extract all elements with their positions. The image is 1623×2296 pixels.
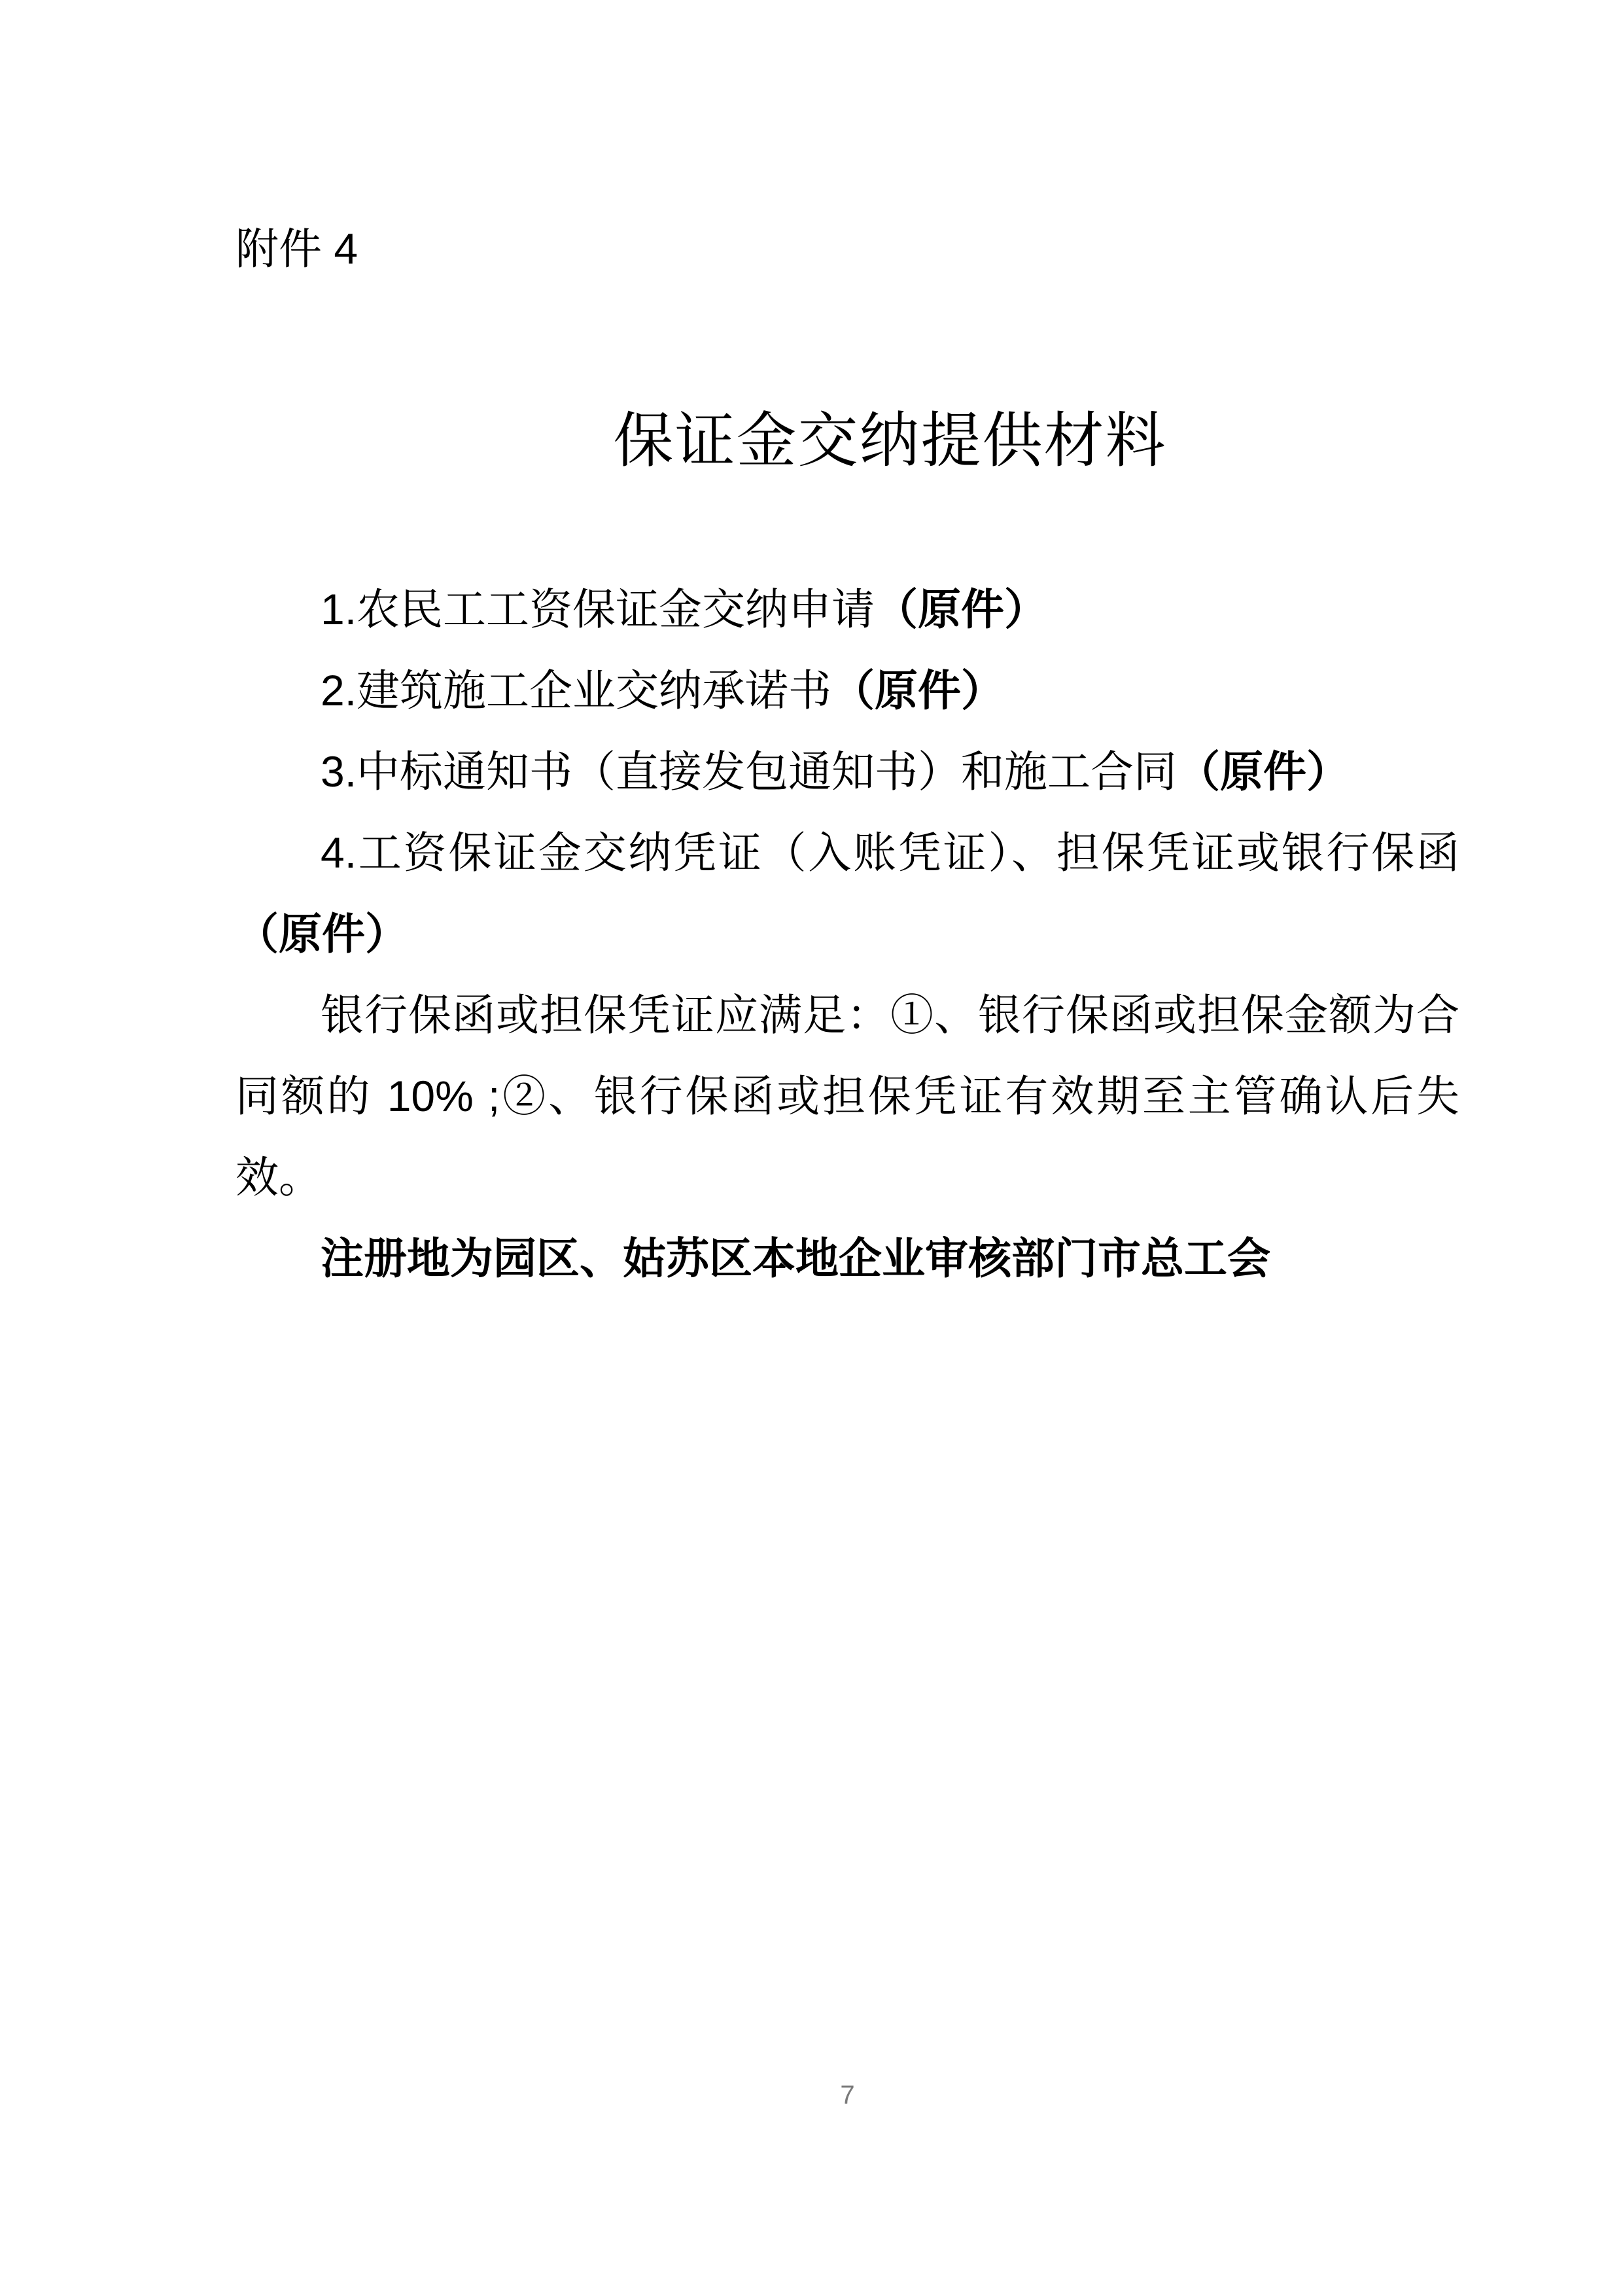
note-paragraph: 银行保函或担保凭证应满足：①、银行保函或担保金额为合同额的 10% ;②、银行保… xyxy=(236,974,1459,1218)
original-copy-badge: （原件） xyxy=(831,666,1004,715)
original-copy-badge: （原件） xyxy=(1177,747,1350,796)
list-item: 2.建筑施工企业交纳承诺书（原件） xyxy=(236,650,1459,731)
original-copy-badge: （原件） xyxy=(875,585,1047,633)
list-item: 3.中标通知书（直接发包通知书）和施工合同（原件） xyxy=(236,731,1459,812)
document-page: 附件 4 保证金交纳提供材料 1.农民工工资保证金交纳申请（原件） 2.建筑施工… xyxy=(0,0,1623,2296)
list-item-text: 4.工资保证金交纳凭证（入账凭证）、担保凭证或银行保函 xyxy=(321,828,1459,877)
original-copy-badge: （原件） xyxy=(236,910,408,958)
list-item-text: 2.建筑施工企业交纳承诺书 xyxy=(321,666,831,715)
list-item-text: 1.农民工工资保证金交纳申请 xyxy=(321,585,875,633)
materials-list: 1.农民工工资保证金交纳申请（原件） 2.建筑施工企业交纳承诺书（原件） 3.中… xyxy=(236,569,1459,1299)
list-item-text: 3.中标通知书（直接发包通知书）和施工合同 xyxy=(321,747,1177,796)
list-item: 1.农民工工资保证金交纳申请（原件） xyxy=(236,569,1459,650)
page-title: 保证金交纳提供材料 xyxy=(236,392,1459,490)
page-number: 7 xyxy=(236,2075,1459,2115)
emphasis-note: 注册地为园区、姑苏区本地企业审核部门市总工会 xyxy=(236,1218,1459,1299)
list-item: 4.工资保证金交纳凭证（入账凭证）、担保凭证或银行保函（原件） xyxy=(236,812,1459,974)
document-content: 附件 4 保证金交纳提供材料 1.农民工工资保证金交纳申请（原件） 2.建筑施工… xyxy=(0,0,1623,1299)
attachment-label: 附件 4 xyxy=(236,208,1459,289)
